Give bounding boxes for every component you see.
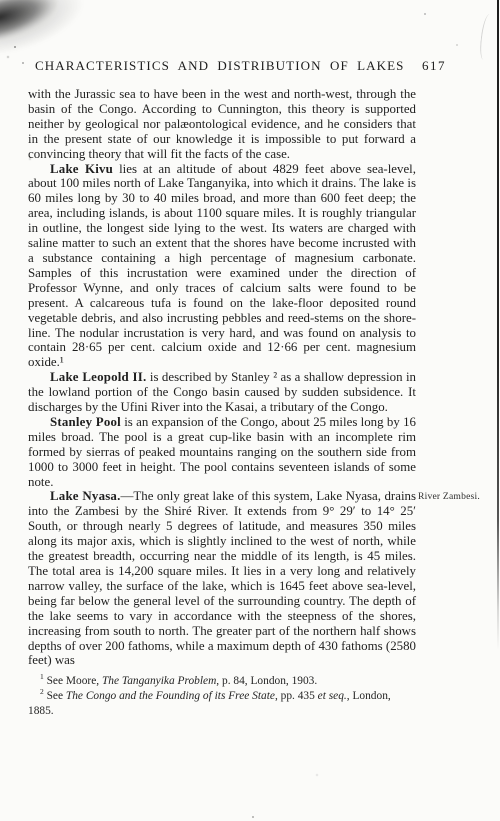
paragraph-lake-kivu: Lake Kivu lies at an altitude of about 4… (28, 162, 416, 371)
book-page: CHARACTERISTICS AND DISTRIBUTION OF LAKE… (28, 58, 448, 719)
paragraph-stanley-pool: Stanley Pool is an expansion of the Cong… (28, 415, 416, 490)
running-head: CHARACTERISTICS AND DISTRIBUTION OF LAKE… (28, 58, 446, 74)
page-title: CHARACTERISTICS AND DISTRIBUTION OF LAKE… (35, 58, 405, 74)
paragraph-jurassic-congo: with the Jurassic sea to have been in th… (28, 87, 416, 162)
paragraph-text: —The only great lake of this system, Lak… (28, 489, 416, 667)
text-column: with the Jurassic sea to have been in th… (28, 87, 416, 719)
footnote-text: See Moore, (44, 675, 102, 687)
footnote-text: , p. 84, London, 1903. (216, 675, 317, 687)
paragraph-lead: Lake Kivu (50, 162, 113, 176)
footnote-2: 2 See The Congo and the Founding of its … (28, 689, 416, 719)
page-number: 617 (422, 58, 446, 74)
paragraph-text: lies at an altitude of about 4829 feet a… (28, 162, 416, 370)
footnotes: 1 See Moore, The Tanganyika Problem, p. … (28, 674, 416, 719)
paragraph-lead: Lake Nyasa. (50, 489, 121, 503)
footnote-text: See (44, 690, 66, 702)
footnote-1: 1 See Moore, The Tanganyika Problem, p. … (28, 674, 416, 689)
footnote-book-title: The Congo and the Founding of its Free S… (66, 690, 275, 702)
paragraph-lead: Stanley Pool (50, 415, 121, 429)
scan-page-edge-line (497, 0, 499, 650)
scan-speckles (0, 0, 2, 2)
footnote-text: , pp. 435 (275, 690, 318, 702)
footnote-book-title: The Tanganyika Problem (102, 675, 216, 687)
footnote-emphasis: et seq. (318, 690, 347, 702)
margin-note: River Zambesi. (418, 491, 498, 502)
paragraph-lake-nyasa: Lake Nyasa.—The only great lake of this … (28, 489, 416, 668)
paragraph-lake-leopold: Lake Leopold II. is described by Stanley… (28, 370, 416, 415)
paragraph-lead: Lake Leopold II. (50, 370, 146, 384)
scan-hairline-artifact (479, 14, 495, 61)
paragraph-text: with the Jurassic sea to have been in th… (28, 87, 416, 161)
